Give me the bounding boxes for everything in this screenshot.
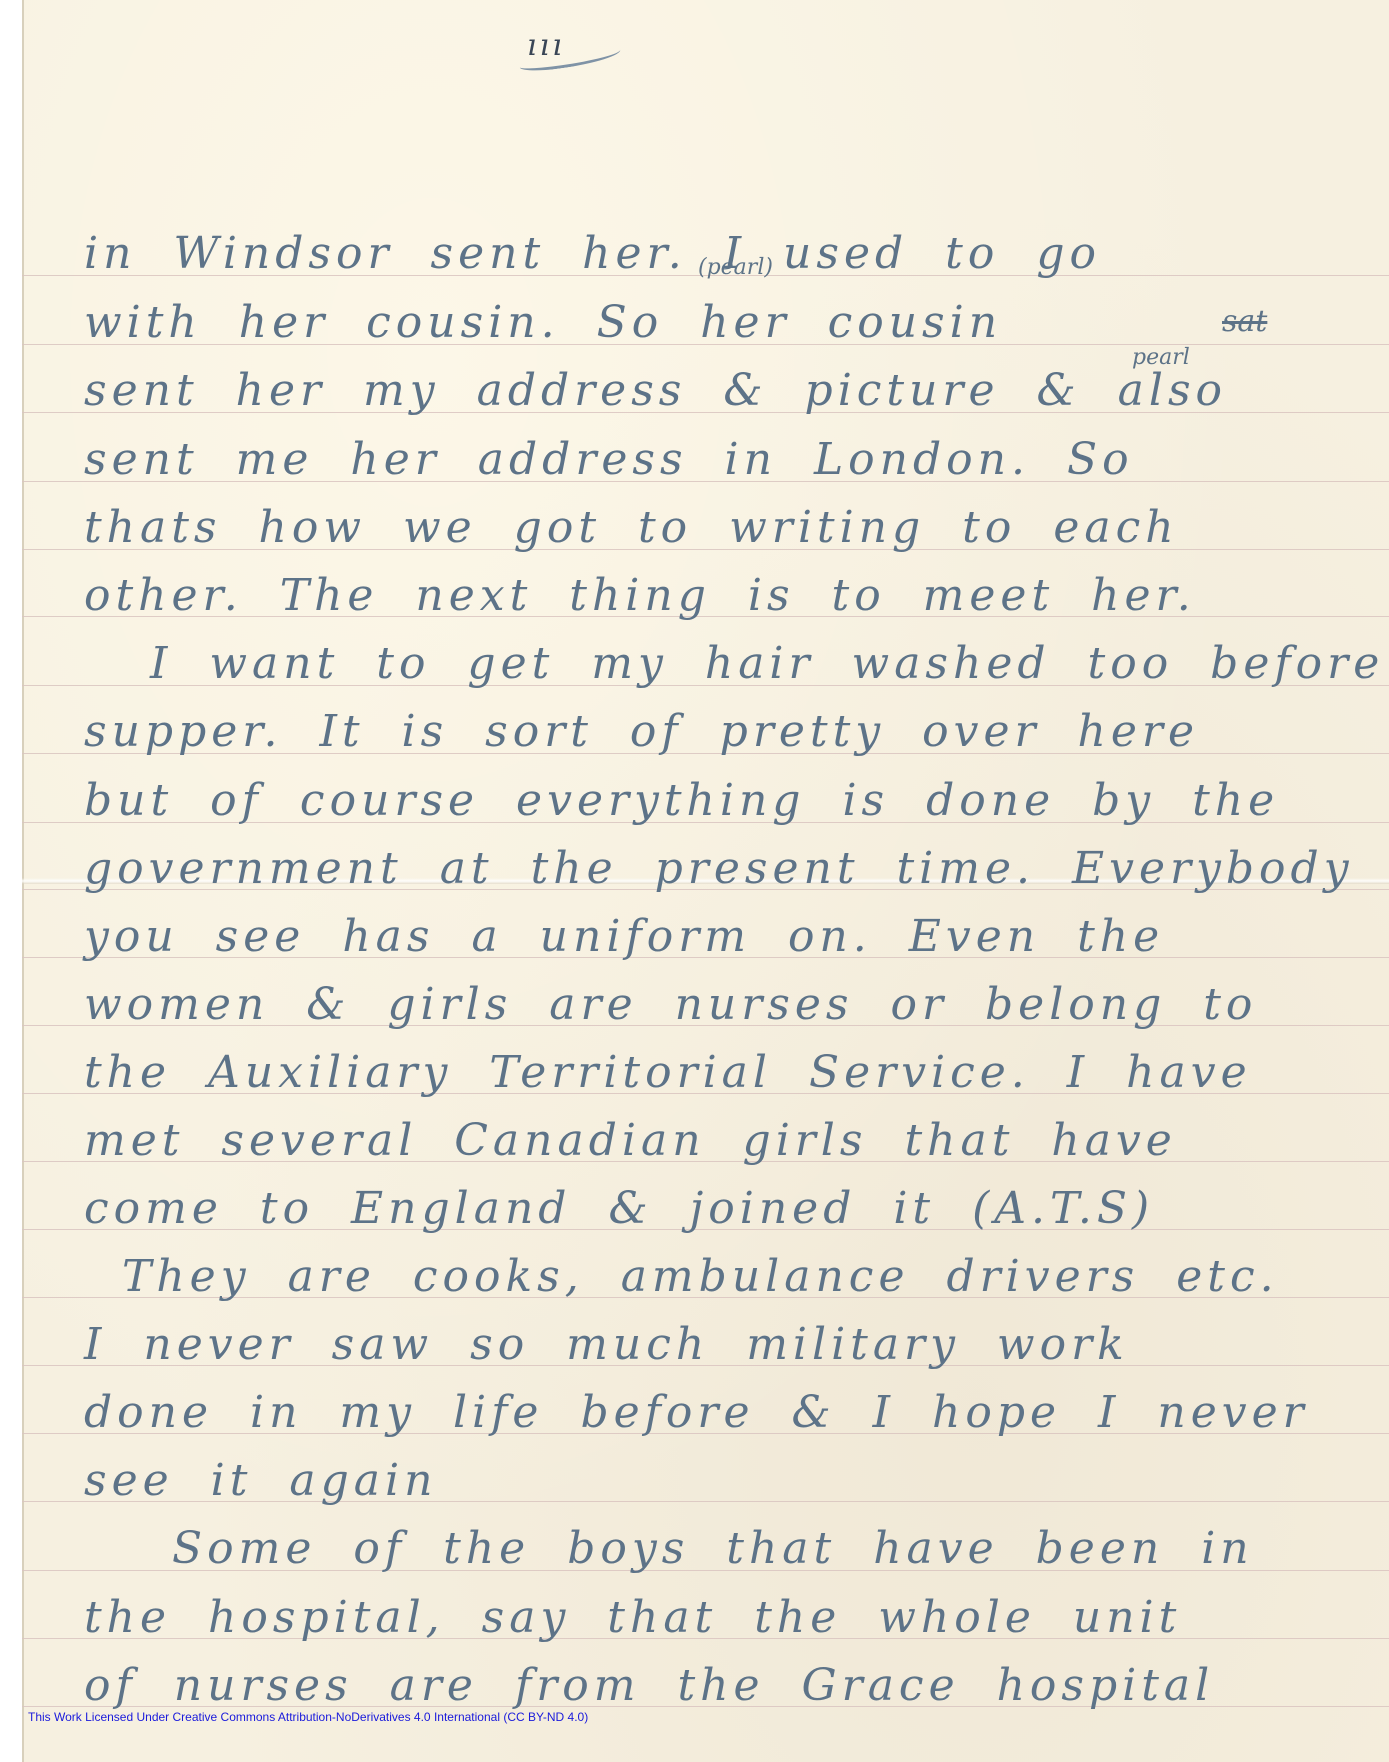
letter-line: met several Canadian girls that have (84, 1115, 1177, 1166)
letter-line: women & girls are nurses or belong to (84, 979, 1257, 1030)
insertion-pearl: (pearl) (698, 255, 773, 280)
letter-line: in Windsor sent her. I used to go (84, 228, 1101, 279)
letter-line: come to England & joined it (A.T.S) (84, 1183, 1154, 1234)
struck-word: sat (1222, 304, 1267, 339)
letter-line: you see has a uniform on. Even the (84, 911, 1164, 962)
letter-line: other. The next thing is to meet her. (84, 570, 1196, 621)
letter-line: I never saw so much military work (84, 1319, 1129, 1370)
letter-line: the Auxiliary Territorial Service. I hav… (84, 1047, 1252, 1098)
letter-line: done in my life before & I hope I never (84, 1387, 1309, 1438)
letter-line: I want to get my hair washed too before (150, 638, 1384, 689)
letter-line: Some of the boys that have been in (172, 1523, 1254, 1574)
letter-page: ııı in Windsor sent her. I used to go wi… (22, 0, 1389, 1762)
insertion-pearl: pearl (1132, 345, 1190, 370)
letter-line: sent her my address & picture & also (84, 365, 1227, 416)
letter-line: of nurses are from the Grace hospital (84, 1660, 1214, 1711)
letter-line: see it again (84, 1455, 437, 1506)
letter-line: with her cousin. So her cousin (84, 297, 1002, 348)
letter-line: sent me her address in London. So (84, 434, 1134, 485)
letter-line: the hospital, say that the whole unit (84, 1592, 1181, 1643)
letter-line: but of course everything is done by the (84, 775, 1279, 826)
letter-line: supper. It is sort of pretty over here (84, 706, 1199, 757)
license-watermark: This Work Licensed Under Creative Common… (28, 1710, 588, 1724)
letter-line: thats how we got to writing to each (84, 502, 1179, 553)
letter-line: They are cooks, ambulance drivers etc. (122, 1251, 1279, 1302)
letter-line: government at the present time. Everybod… (84, 843, 1354, 894)
